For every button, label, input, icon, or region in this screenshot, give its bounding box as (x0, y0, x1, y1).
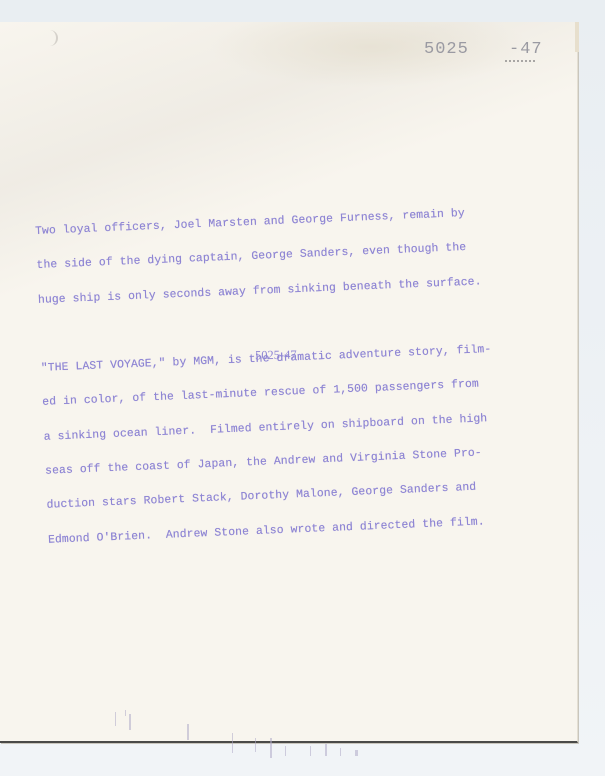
caption-paragraph-1: Two loyal officers, Joel Marsten and Geo… (34, 184, 519, 330)
caption-line: Edmond O'Brien. Andrew Stone also wrote … (48, 515, 528, 547)
reference-number: 5025-47 (255, 348, 297, 364)
photo-back-paper: 5025 -47 Two loyal officers, Joel Marste… (0, 22, 578, 743)
caption-line: huge ship is only seconds away from sink… (38, 275, 518, 307)
caption-line: duction stars Robert Stack, Dorothy Malo… (46, 481, 526, 513)
caption-line: ed in color, of the last-minute rescue o… (42, 378, 522, 410)
caption-text: Two loyal officers, Joel Marsten and Geo… (34, 184, 529, 581)
stamp-underline (505, 60, 535, 65)
caption-line: a sinking ocean liner. Filmed entirely o… (44, 412, 524, 444)
smudge-mark (50, 30, 58, 46)
stamp-number: 5025 (424, 40, 469, 59)
caption-line: the side of the dying captain, George Sa… (36, 241, 516, 273)
caption-line: seas off the coast of Japan, the Andrew … (45, 447, 525, 479)
stamp-suffix: -47 (509, 40, 543, 59)
faint-bleed-marks (115, 710, 395, 760)
caption-line: Two loyal officers, Joel Marsten and Geo… (35, 207, 515, 239)
